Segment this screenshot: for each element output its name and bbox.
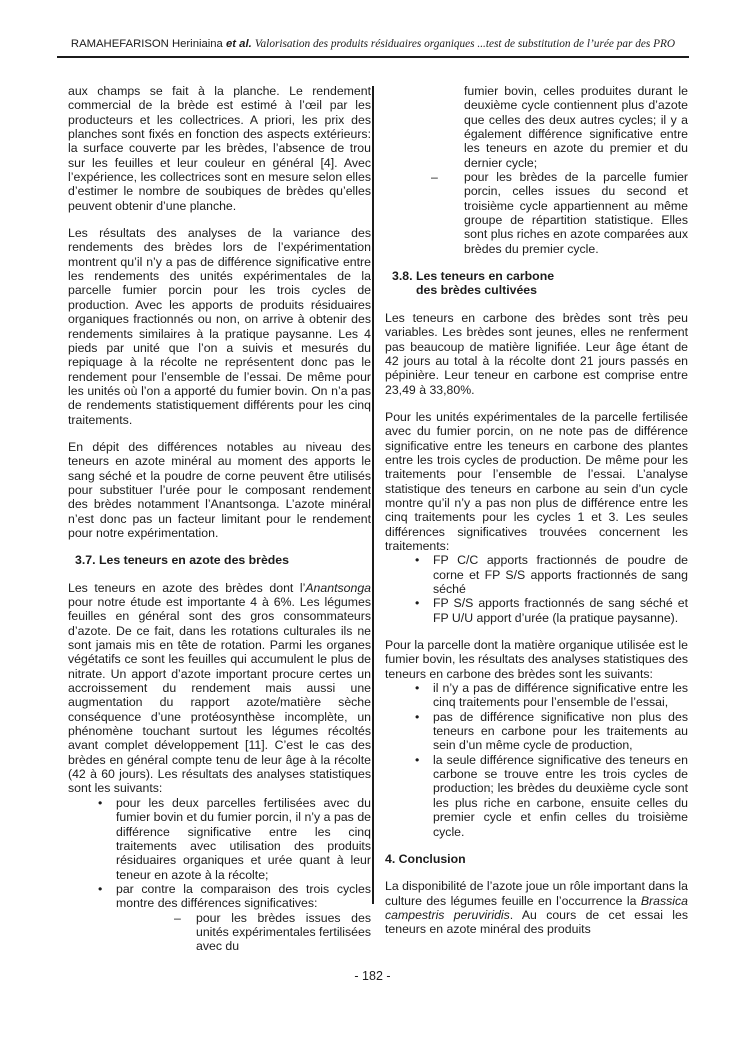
subsection-heading: 3.8.Les teneurs en carbone des brèdes cu… <box>385 269 688 298</box>
text-run: Pour les unités expérimentales de la par… <box>385 410 688 553</box>
list-item-dash: –pour les brèdes de la parcelle fumier p… <box>385 170 688 256</box>
paragraph: En dépit des différences notables au niv… <box>68 440 371 540</box>
list-item-text: la seule différence significative des te… <box>433 753 688 839</box>
text-run: fumier bovin, celles produites durant le… <box>464 84 688 170</box>
list-item: •pas de différence significative non plu… <box>385 710 688 753</box>
paragraph: Pour les unités expérimentales de la par… <box>385 410 688 553</box>
text-run: aux champs se fait à la planche. Le rend… <box>68 84 371 213</box>
bullet-marker: • <box>98 882 116 911</box>
header-etal: et al. <box>226 38 252 50</box>
paragraph: Les teneurs en carbone des brèdes sont t… <box>385 311 688 397</box>
paragraph: Pour la parcelle dont la matière organiq… <box>385 638 688 681</box>
page-number: - 182 - <box>0 969 745 983</box>
list-item-text: pour les brèdes issues des unités expéri… <box>196 911 371 954</box>
heading-text: Les teneurs en carbone des brèdes cultiv… <box>416 269 554 298</box>
text-run: la seule différence significative des te… <box>433 753 688 839</box>
paragraph: aux champs se fait à la planche. Le rend… <box>68 84 371 213</box>
text-run: par contre la comparaison des trois cycl… <box>116 882 371 910</box>
list-item-text: FP S/S apports fractionnés de sang séché… <box>433 596 688 625</box>
list-item: •la seule différence significative des t… <box>385 753 688 839</box>
section-heading: 4. Conclusion <box>385 852 688 866</box>
text-run: pour les brèdes issues des unités expéri… <box>196 911 371 954</box>
continuation-text: fumier bovin, celles produites durant le… <box>464 84 688 170</box>
subsection-heading: 3.7.Les teneurs en azote des brèdes <box>68 553 371 567</box>
text-run: En dépit des différences notables au niv… <box>68 440 371 540</box>
italic-text-run: Anantsonga <box>305 581 371 595</box>
text-run: pour les deux parcelles fertilisées avec… <box>116 796 371 882</box>
list-item: •pour les deux parcelles fertilisées ave… <box>68 796 371 882</box>
text-run: Les teneurs en carbone des brèdes sont t… <box>385 311 688 397</box>
list-item-text: il n’y a pas de différence significative… <box>433 681 688 710</box>
right-column: fumier bovin, celles produites durant le… <box>385 84 688 954</box>
header-article-title: Valorisation des produits résiduaires or… <box>255 38 675 50</box>
list-item-continuation: fumier bovin, celles produites durant le… <box>385 84 688 170</box>
header-authors: RAMAHEFARISON Heriniaina <box>71 38 223 50</box>
list-item: •par contre la comparaison des trois cyc… <box>68 882 371 911</box>
header-rule <box>57 56 689 58</box>
dash-marker: – <box>174 911 196 954</box>
text-run: pas de différence significative non plus… <box>433 710 688 753</box>
left-column: aux champs se fait à la planche. Le rend… <box>68 84 371 954</box>
list-item-text: par contre la comparaison des trois cycl… <box>116 882 371 911</box>
list-item-dash: –pour les brèdes issues des unités expér… <box>68 911 371 954</box>
list-item: •FP C/C apports fractionnés de poudre de… <box>385 553 688 596</box>
bullet-marker: • <box>98 796 116 882</box>
bullet-marker: • <box>415 596 433 625</box>
list-item-text: pas de différence significative non plus… <box>433 710 688 753</box>
bullet-marker: • <box>415 710 433 753</box>
text-run: Les résultats des analyses de la varianc… <box>68 226 371 426</box>
list-item-text: pour les deux parcelles fertilisées avec… <box>116 796 371 882</box>
text-run: pour les brèdes de la parcelle fumier po… <box>464 170 688 256</box>
paragraph: La disponibilité de l’azote joue un rôle… <box>385 879 688 936</box>
list-item-text: pour les brèdes de la parcelle fumier po… <box>464 170 688 256</box>
bullet-marker: • <box>415 753 433 839</box>
text-run: il n’y a pas de différence significative… <box>433 681 688 709</box>
text-run: pour notre étude est importante 4 à 6%. … <box>68 595 371 795</box>
text-run: Les teneurs en azote des brèdes dont l’ <box>68 581 305 595</box>
bullet-marker: • <box>415 553 433 596</box>
dash-marker: – <box>431 170 464 256</box>
running-header: RAMAHEFARISON Heriniaina et al. Valorisa… <box>57 38 689 50</box>
list-item: •FP S/S apports fractionnés de sang séch… <box>385 596 688 625</box>
text-run: FP C/C apports fractionnés de poudre de … <box>433 553 688 596</box>
two-column-body: aux champs se fait à la planche. Le rend… <box>68 84 688 954</box>
text-run: FP S/S apports fractionnés de sang séché… <box>433 596 688 624</box>
text-run: Pour la parcelle dont la matière organiq… <box>385 638 688 681</box>
heading-text: Les teneurs en azote des brèdes <box>99 553 289 567</box>
list-item: •il n’y a pas de différence significativ… <box>385 681 688 710</box>
bullet-marker: • <box>415 681 433 710</box>
heading-number: 3.8. <box>392 269 416 298</box>
paragraph: Les résultats des analyses de la varianc… <box>68 226 371 427</box>
heading-number: 3.7. <box>75 553 99 567</box>
paragraph: Les teneurs en azote des brèdes dont l’A… <box>68 581 371 796</box>
paper-page: RAMAHEFARISON Heriniaina et al. Valorisa… <box>0 0 745 1053</box>
list-item-text: FP C/C apports fractionnés de poudre de … <box>433 553 688 596</box>
